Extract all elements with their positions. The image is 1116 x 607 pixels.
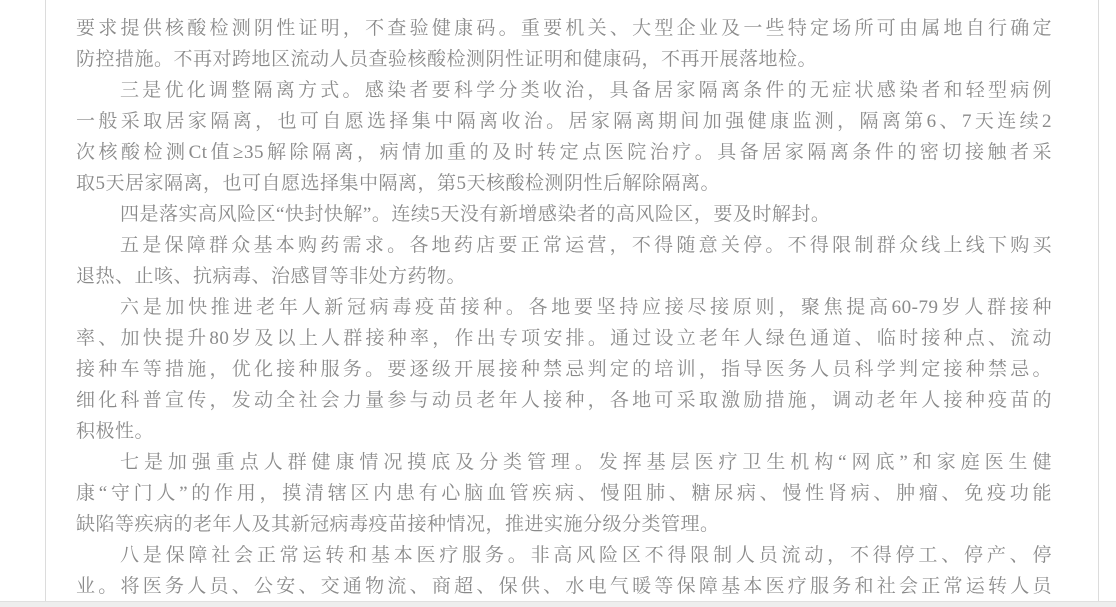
text-line: 六是加快推进老年人新冠病毒疫苗接种。各地要坚持应接尽接原则，聚焦提高60-79岁… [76,292,1052,323]
text-line: 四是落实高风险区“快封快解”。连续5天没有新增感染者的高风险区，要及时解封。 [76,199,1052,230]
text-line: 要求提供核酸检测阴性证明，不查验健康码。重要机关、大型企业及一些特定场所可由属地… [76,13,1052,44]
text-line: 取5天居家隔离，也可自愿选择集中隔离，第5天核酸检测阴性后解除隔离。 [76,168,1052,199]
text-line: 五是保障群众基本购药需求。各地药店要正常运营，不得随意关停。不得限制群众线上线下… [76,230,1052,261]
text-line: 一般采取居家隔离，也可自愿选择集中隔离收治。居家隔离期间加强健康监测，隔离第6、… [76,106,1052,137]
text-line: 积极性。 [76,416,1052,447]
text-line: 细化科普宣传，发动全社会力量参与动员老年人接种，各地可采取激励措施，调动老年人接… [76,385,1052,416]
text-line: 防控措施。不再对跨地区流动人员查验核酸检测阴性证明和健康码，不再开展落地检。 [76,44,1052,75]
document-viewport: 要求提供核酸检测阴性证明，不查验健康码。重要机关、大型企业及一些特定场所可由属地… [0,0,1116,607]
text-line: 八是保障社会正常运转和基本医疗服务。非高风险区不得限制人员流动，不得停工、停产、… [76,540,1052,571]
text-line: 三是优化调整隔离方式。感染者要科学分类收治，具备居家隔离条件的无症状感染者和轻型… [76,75,1052,106]
text-line: 退热、止咳、抗病毒、治感冒等非处方药物。 [76,261,1052,292]
page-bottom-gap [0,601,1116,607]
text-line: 业。将医务人员、公安、交通物流、商超、保供、水电气暖等保障基本医疗服务和社会正常… [76,571,1052,601]
text-line: 接种车等措施，优化接种服务。要逐级开展接种禁忌判定的培训，指导医务人员科学判定接… [76,354,1052,385]
text-line: 七是加强重点人群健康情况摸底及分类管理。发挥基层医疗卫生机构“网底”和家庭医生健 [76,447,1052,478]
text-line: 缺陷等疾病的老年人及其新冠病毒疫苗接种情况，推进实施分级分类管理。 [76,509,1052,540]
text-line: 率、加快提升80岁及以上人群接种率，作出专项安排。通过设立老年人绿色通道、临时接… [76,323,1052,354]
document-lines: 要求提供核酸检测阴性证明，不查验健康码。重要机关、大型企业及一些特定场所可由属地… [46,0,1098,601]
text-line: 次核酸检测Ct值≥35解除隔离，病情加重的及时转定点医院治疗。具备居家隔离条件的… [76,137,1052,168]
document-page: 要求提供核酸检测阴性证明，不查验健康码。重要机关、大型企业及一些特定场所可由属地… [45,0,1099,601]
text-line: 康“守门人”的作用，摸清辖区内患有心脑血管疾病、慢阻肺、糖尿病、慢性肾病、肿瘤、… [76,478,1052,509]
